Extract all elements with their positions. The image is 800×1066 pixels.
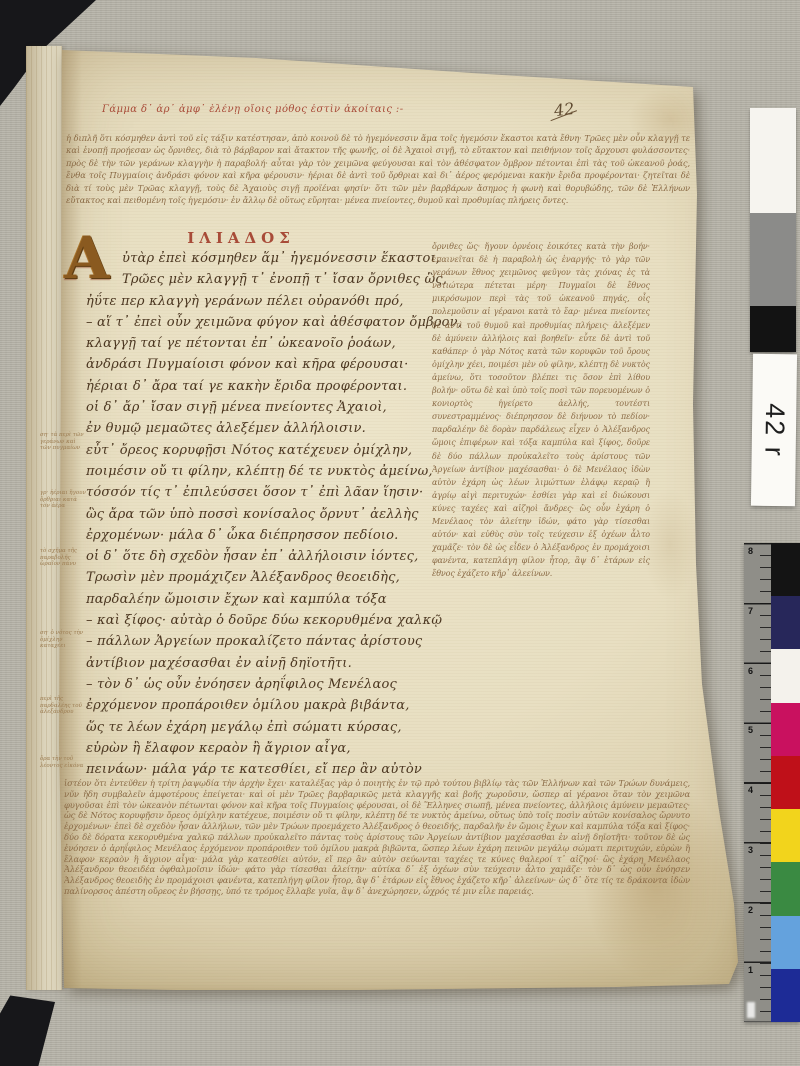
grayscale-segment	[750, 108, 796, 213]
verse-line: Τρωσὶν μὲν προμάχιζεν Ἀλέξανδρος θεοειδὴ…	[86, 567, 440, 588]
verse-line: – καὶ ξίφος· αὐτὰρ ὁ δοῦρε δύω κεκορυθμέ…	[86, 610, 440, 631]
margin-gloss: ὅρα τὴν τοῦ λέοντος εἰκόνα	[40, 756, 86, 769]
parchment-page: Γάμμα δ᾽ ἀρ᾽ ἀμφ᾽ ἑλένῃ οἴοις μόθος ἐστὶ…	[56, 44, 740, 992]
color-patch	[771, 916, 800, 969]
centimeter-ruler: 87654321	[744, 543, 771, 1022]
ruler-number: 4	[744, 782, 771, 842]
verse-line: οἱ δ᾽ ὅτε δὴ σχεδὸν ἦσαν ἐπ᾽ ἀλλήλοισιν …	[86, 546, 440, 567]
color-patch	[771, 756, 800, 809]
margin-gloss: περὶ τῆς παρδαλέης τοῦ ἀλεξάνδρου	[40, 696, 86, 716]
main-verse-column: ὐτὰρ ἐπεὶ κόσμηθεν ἅμ᾽ ἡγεμόνεσσιν ἕκαστ…	[86, 248, 440, 780]
book-heading: ΙΛΙΑΔΟΣ	[116, 229, 366, 247]
color-patch	[771, 703, 800, 756]
verse-line: παρδαλέην ὤμοισιν ἔχων καὶ καμπύλα τόξα	[86, 589, 440, 610]
verse-line: εὑρὼν ἢ ἔλαφον κεραὸν ἢ ἄγριον αἶγα,	[86, 738, 440, 759]
grayscale-segment	[750, 306, 796, 352]
verse-line: – πάλλων Ἀργείων προκαλίζετο πάντας ἀρίσ…	[86, 631, 440, 652]
right-scholia-column: ὄρνιθες ὥς· ἤγουν ὀρνέοις ἐοικότες κατὰ …	[432, 240, 650, 796]
color-patch	[771, 862, 800, 915]
margin-gloss: τὸ σχῆμα τῆς παραβολῆς ὡραῖον πάνυ	[40, 548, 86, 568]
ruler-numbers: 87654321	[744, 543, 771, 1022]
ruler-number: 3	[744, 842, 771, 902]
grayscale-calibration-bar	[750, 108, 796, 352]
ruler-number: 7	[744, 603, 771, 663]
ruler-number: 8	[744, 543, 771, 603]
verse-line: ποιμέσιν οὔ τι φίλην, κλέπτῃ δέ τε νυκτὸ…	[86, 461, 440, 482]
verse-line: ἀντίβιον μαχέσασθαι ἐν αἰνῇ δηϊοτῆτι.	[86, 653, 440, 674]
verse-line: ἐρχόμενον προπάροιθεν ὁμίλου μακρὰ βιβάν…	[86, 695, 440, 716]
verse-line: – τὸν δ᾽ ὡς οὖν ἐνόησεν ἀρηΐφιλος Μενέλα…	[86, 674, 440, 695]
verse-line: ἐν θυμῷ μεμαῶτες ἀλεξέμεν ἀλλήλοισιν.	[86, 418, 440, 439]
folio-label-card: 42 r	[751, 354, 797, 507]
verse-line: ἀνδράσι Πυγμαίοισι φόνον καὶ κῆρα φέρουσ…	[86, 354, 440, 375]
margin-gloss: ση· τὰ περὶ τῶν γεράνων καὶ τῶν πυγμαίων	[40, 432, 86, 452]
margin-gloss: γρ· ἠέριαι ἤγουν ὄρθριαι κατὰ τὸν ἀέρα	[40, 490, 86, 510]
margin-gloss: ση· ὁ νότος τὴν ὀμίχλην καταχέει	[40, 630, 86, 650]
bottom-scholia-block: ἰστέον ὅτι ἐντεῦθεν ἡ τρίτη ῥαψῳδία τὴν …	[64, 778, 690, 956]
verse-line: κλαγγῇ ταί γε πέτονται ἐπ᾽ ὠκεανοῖο ῥοάω…	[86, 333, 440, 354]
folio-number: 42	[553, 99, 576, 120]
color-patch	[771, 809, 800, 862]
verse-line: ὣς ἄρα τῶν ὑπὸ ποσσὶ κονίσαλος ὄρνυτ᾽ ἀε…	[86, 504, 440, 525]
book-epigraph-rubric: Γάμμα δ᾽ ἀρ᾽ ἀμφ᾽ ἑλένῃ οἴοις μόθος ἐστὶ…	[102, 104, 532, 116]
color-patch	[771, 649, 800, 702]
verse-line: εὖτ᾽ ὄρεος κορυφῇσι Νότος κατέχευεν ὀμίχ…	[86, 440, 440, 461]
verse-line: ἠΰτε περ κλαγγὴ γεράνων πέλει οὐρανόθι π…	[86, 291, 440, 312]
verse-line: τόσσόν τίς τ᾽ ἐπιλεύσσει ὅσον τ᾽ ἐπὶ λᾶα…	[86, 482, 440, 503]
grayscale-segment	[750, 213, 796, 306]
ruler-number: 2	[744, 902, 771, 962]
page-wrapper: Γάμμα δ᾽ ἀρ᾽ ἀμφ᾽ ἑλένῃ οἴοις μόθος ἐστὶ…	[0, 0, 800, 1066]
color-patch	[771, 543, 800, 596]
verse-line: ὥς τε λέων ἐχάρη μεγάλῳ ἐπὶ σώματι κύρσα…	[86, 717, 440, 738]
manuscript-photograph: Γάμμα δ᾽ ἀρ᾽ ἀμφ᾽ ἑλένῃ οἴοις μόθος ἐστὶ…	[0, 0, 800, 1066]
top-scholia-block: ἡ διπλῆ ὅτι κόσμηθεν ἀντὶ τοῦ εἰς τάξιν …	[66, 132, 690, 234]
verse-line: ἐρχομένων· μάλα δ᾽ ὦκα διέπρησσον πεδίοι…	[86, 525, 440, 546]
folio-label-text: 42 r	[758, 403, 790, 458]
verse-line: ἠέριαι δ᾽ ἄρα ταί γε κακὴν ἔριδα προφέρο…	[86, 376, 440, 397]
verse-line: ὐτὰρ ἐπεὶ κόσμηθεν ἅμ᾽ ἡγεμόνεσσιν ἕκαστ…	[86, 248, 440, 269]
color-patch	[771, 969, 800, 1022]
color-patch	[771, 596, 800, 649]
color-patch-column	[771, 543, 800, 1022]
ruler-number: 5	[744, 722, 771, 782]
verse-line: οἱ δ᾽ ἄρ᾽ ἴσαν σιγῇ μένεα πνείοντες Ἀχαι…	[86, 397, 440, 418]
color-calibration-strip: 87654321	[744, 543, 800, 1022]
verse-line: – αἵ τ᾽ ἐπεὶ οὖν χειμῶνα φύγον καὶ ἀθέσφ…	[86, 312, 440, 333]
ruler-number: 6	[744, 663, 771, 723]
ruler-maker-mark	[747, 1002, 755, 1018]
verse-line: Τρῶες μὲν κλαγγῇ τ᾽ ἐνοπῇ τ᾽ ἴσαν ὄρνιθε…	[86, 269, 440, 290]
